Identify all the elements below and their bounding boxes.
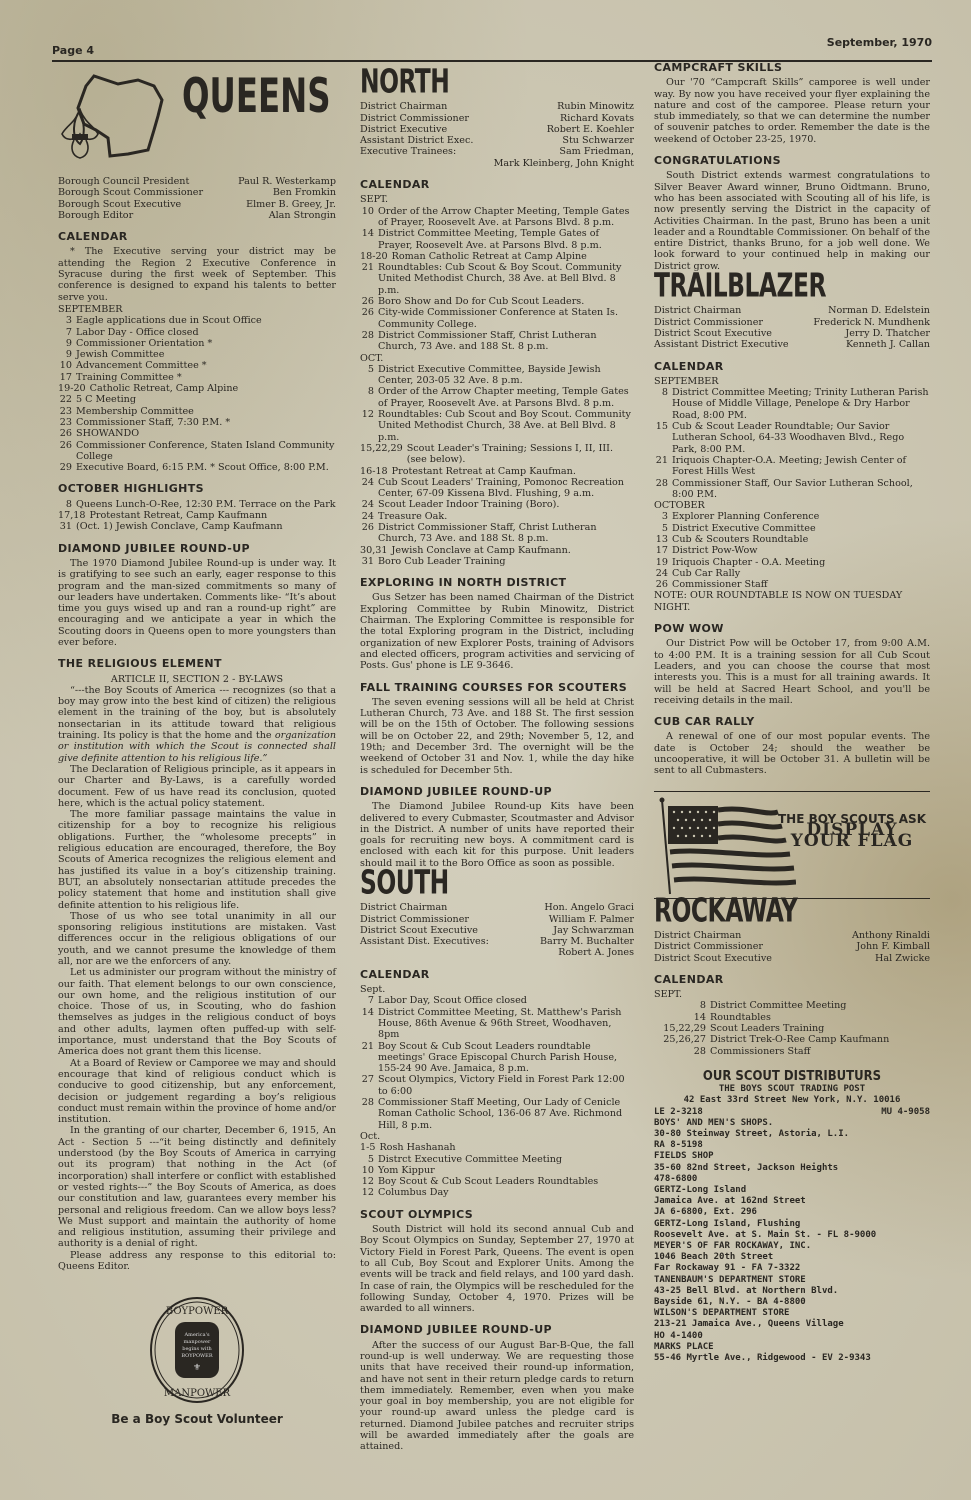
boypower-emblem: BOYPOWER MANPOWER America's manpower beg… [58,1294,336,1409]
calendar-event: 27Scout Olympics, Victory Field in Fores… [360,1074,634,1097]
congratulations-heading: CONGRATULATIONS [654,155,930,166]
calendar-event: 15Cub & Scout Leader Roundtable; Our Sav… [654,421,930,455]
officer-name: Ben Fromkin [273,187,336,198]
event-text: Cub & Scouters Roundtable [672,534,930,545]
page-header: Page 4 September, 1970 [52,42,932,62]
calendar-event: 26City-wide Commissioner Conference at S… [360,307,634,330]
north-sept-events: 10Order of the Arrow Chapter Meeting, Te… [360,206,634,353]
officer-role: District Chairman [654,930,741,941]
calendar-event: 26Boro Show and Do for Cub Scout Leaders… [360,296,634,307]
officer-row: District Scout ExecutiveHal Zwicke [654,953,930,964]
officer-role: District Scout Executive [654,953,772,964]
officer-row: District ChairmanNorman D. Edelstein [654,305,930,316]
officer-name: Kenneth J. Callan [846,339,930,350]
distributor-line: Far Rockaway 91 - FA 7-3322 [654,1263,930,1274]
queens-month-label: SEPTEMBER [58,304,336,315]
officer-row: Assistant District ExecutiveKenneth J. C… [654,339,930,350]
officer-role: Borough Editor [58,210,133,221]
event-text: Scout Leader Indoor Training (Boro). [378,499,634,510]
calendar-event: 28Commissioners Staff [654,1046,930,1057]
event-date: 24 [360,477,374,500]
calendar-event: 17,18Protestant Retreat, Camp Kaufmann [58,510,336,521]
calendar-event: 26SHOWANDO [58,428,336,439]
calendar-event: 16-18Protestant Retreat at Camp Kaufman. [360,466,634,477]
calendar-event: 26District Commissioner Staff, Christ Lu… [360,522,634,545]
distributor-line: RA 8-5198 [654,1140,930,1151]
event-text: Advancement Committee * [76,360,336,371]
officer-role: District Scout Executive [654,328,772,339]
calendar-event: 7Labor Day, Scout Office closed [360,995,634,1006]
rockaway-calendar-heading: CALENDAR [654,974,930,985]
north-oct-events: 5District Executive Committee, Bayside J… [360,364,634,567]
event-text: Cub & Scout Leader Roundtable; Our Savio… [672,421,930,455]
event-date: 26 [360,307,374,330]
event-text: Roundtables: Cub Scout & Boy Scout. Comm… [378,262,634,296]
officer-role: Borough Scout Executive [58,199,181,210]
bylaws-quote: “---the Boy Scouts of America --- recogn… [58,685,336,764]
event-date: 9 [58,338,72,349]
queens-title: QUEENS [182,90,331,105]
calendar-event: 19-20Catholic Retreat, Camp Alpine [58,383,336,394]
october-event-list: 8Queens Lunch-O-Ree, 12:30 P.M. Terrace … [58,499,336,533]
officer-row: District CommissionerFrederick N. Mundhe… [654,317,930,328]
calendar-event: 8Queens Lunch-O-Ree, 12:30 P.M. Terrace … [58,499,336,510]
calendar-event: 3Explorer Planning Conference [654,511,930,522]
distributor-line: 43-25 Bell Blvd. at Northern Blvd. [654,1286,930,1297]
event-text: Treasure Oak. [378,511,634,522]
event-date: 5 [360,364,374,387]
event-text: 5 C Meeting [76,394,336,405]
event-text: Boy Scout & Cub Scout Leaders roundtable… [378,1041,634,1075]
officer-role: District Commissioner [654,941,763,952]
calendar-event: 15,22,29Scout Leader's Training; Session… [360,443,634,466]
editorial-paragraph: Please address any response to this edit… [58,1250,336,1273]
event-date: 3 [654,511,668,522]
american-flag-icon [656,796,796,896]
officer-name: Jay Schwarzman [553,925,634,936]
event-text: District Committee Meeting [710,1000,930,1011]
event-text: District Commissioner Staff, Christ Luth… [378,522,634,545]
officer-name: Robert E. Koehler [547,124,634,135]
event-date: 8 [360,386,374,409]
officer-name: Rubin Minowitz [557,101,634,112]
event-date: 12 [360,409,374,443]
event-text: District Commissioner Staff, Christ Luth… [378,330,634,353]
calendar-event: 7Labor Day - Office closed [58,327,336,338]
calendar-event: 5District Executive Committee [654,523,930,534]
officer-row: Borough EditorAlan Strongin [58,210,336,221]
officer-name: Alan Strongin [269,210,336,221]
trailblazer-note: NOTE: OUR ROUNDTABLE IS NOW ON TUESDAY N… [654,590,930,613]
event-date: 3 [58,315,72,326]
distributor-line: GERTZ-Long Island [654,1185,930,1196]
officer-role: Borough Scout Commissioner [58,187,203,198]
event-date: 15,22,29 [654,1023,706,1034]
event-date: 19 [654,557,668,568]
event-text: Eagle applications due in Scout Office [76,315,336,326]
officer-name: John F. Kimball [856,941,930,952]
event-text: Queens Lunch-O-Ree, 12:30 P.M. Terrace o… [76,499,336,510]
queens-roundup-heading: DIAMOND JUBILEE ROUND-UP [58,543,336,554]
trading-post-phone-left: LE 2-3218 [654,1107,703,1118]
event-text: Distrct Executive Committee Meeting [378,1154,634,1165]
campcraft-heading: CAMPCRAFT SKILLS [654,62,930,73]
calendar-event: 12Boy Scout & Cub Scout Leaders Roundtab… [360,1176,634,1187]
right-column: CAMPCRAFT SKILLS Our '70 “Campcraft Skil… [654,62,930,1364]
calendar-event: 23Membership Committee [58,406,336,417]
event-date: 13 [654,534,668,545]
officer-row: District ChairmanRubin Minowitz [360,101,634,112]
event-text: Protestant Retreat, Camp Kaufmann [89,510,336,521]
event-date: 12 [360,1187,374,1198]
bylaws-subheading: ARTICLE II, SECTION 2 - BY-LAWS [58,674,336,685]
svg-text:America's: America's [183,1332,209,1338]
distributor-line: 213-21 Jamaica Ave., Queens Village [654,1319,930,1330]
calendar-event: 28District Commissioner Staff, Christ Lu… [360,330,634,353]
event-text: Membership Committee [76,406,336,417]
officer-name: Hon. Angelo Graci [544,902,634,913]
event-date: 14 [360,1007,374,1041]
north-title: NORTH [360,76,634,90]
volunteer-slogan: Be a Boy Scout Volunteer [58,1414,336,1425]
event-date: 18-20 [360,251,388,262]
officer-name: Jerry D. Thatcher [845,328,930,339]
october-highlights-heading: OCTOBER HIGHLIGHTS [58,483,336,494]
officer-row: District ChairmanHon. Angelo Graci [360,902,634,913]
event-date: 29 [58,462,72,473]
event-text: Scout Olympics, Victory Field in Forest … [378,1074,634,1097]
event-date: 26 [360,296,374,307]
rockaway-title: ROCKAWAY [654,905,930,919]
south-calendar-heading: CALENDAR [360,969,634,980]
distributor-line: 478-6800 [654,1174,930,1185]
north-calendar-heading: CALENDAR [360,179,634,190]
event-date: 23 [58,406,72,417]
north-oct-label: OCT. [360,353,634,364]
event-date: 26 [654,579,668,590]
officer-name: Hal Zwicke [875,953,930,964]
fall-training-body: The seven evening sessions will all be h… [360,697,634,776]
calendar-event: 26Commissioner Conference, Staten Island… [58,440,336,463]
calendar-event: 24Cub Car Rally [654,568,930,579]
event-date: 26 [58,428,72,439]
south-title: SOUTH [360,877,634,891]
officer-row: Assistant Dist. Executives:Barry M. Buch… [360,936,634,947]
calendar-event: 23Commissioner Staff, 7:30 P.M. * [58,417,336,428]
event-text: Executive Board, 6:15 P.M. * Scout Offic… [76,462,336,473]
event-text: Jewish Committee [76,349,336,360]
south-oct-label: Oct. [360,1131,634,1142]
south-roundup-body: After the success of our August Bar-B-Qu… [360,1340,634,1453]
event-text: Boy Scout & Cub Scout Leaders Roundtable… [378,1176,634,1187]
distributor-line: 55-46 Myrtle Ave., Ridgewood - EV 2-9343 [654,1353,930,1364]
event-date: 24 [360,511,374,522]
queens-masthead: QUEENS [58,68,336,168]
officer-name: Anthony Rinaldi [852,930,930,941]
editorial-paragraph: Let us administer our program without th… [58,967,336,1057]
event-date: 16-18 [360,466,388,477]
calendar-event: 225 C Meeting [58,394,336,405]
rockaway-sept-label: SEPT. [654,989,930,1000]
calendar-event: 28Commissioner Staff, Our Savior Luthera… [654,478,930,501]
event-date: 10 [58,360,72,371]
officer-role: Executive Trainees: [360,146,456,157]
calendar-event: 31(Oct. 1) Jewish Conclave, Camp Kaufman… [58,521,336,532]
event-date: 24 [360,499,374,510]
event-text: District Committee Meeting, Temple Gates… [378,228,634,251]
editorial-body: The Declaration of Religious principle, … [58,764,336,1272]
distributor-line: 30-80 Steinway Street, Astoria, L.I. [654,1129,930,1140]
event-date: 21 [654,455,668,478]
officer-row: District Scout ExecutiveJerry D. Thatche… [654,328,930,339]
officer-role: District Commissioner [360,113,469,124]
south-roundup-heading: DIAMOND JUBILEE ROUND-UP [360,1324,634,1335]
event-text: Scout Leader's Training; Sessions I, II,… [407,443,634,466]
south-officers: District ChairmanHon. Angelo GraciDistri… [360,902,634,958]
cub-car-rally-heading: CUB CAR RALLY [654,716,930,727]
svg-text:MANPOWER: MANPOWER [164,1388,231,1399]
calendar-event: 9Commissioner Orientation * [58,338,336,349]
display-flag-ad: THE BOY SCOUTS ASK DISPLAY YOUR FLAG [654,791,930,899]
event-text: Labor Day, Scout Office closed [378,995,634,1006]
flag-ad-line3: YOUR FLAG [778,836,926,847]
event-date: 14 [360,228,374,251]
north-roundup-body: The Diamond Jubilee Round-up Kits have b… [360,801,634,869]
officer-name: Stu Schwarzer [562,135,634,146]
event-date: 28 [654,478,668,501]
distributor-line: WILSON'S DEPARTMENT STORE [654,1308,930,1319]
officer-role: Assistant District Executive [654,339,789,350]
event-date: 5 [654,523,668,534]
event-text: Boro Cub Leader Training [378,556,634,567]
distributors-heading: OUR SCOUT DISTRIBUTURS [654,1071,930,1082]
svg-text:⚜: ⚜ [193,1363,201,1373]
event-text: Commissioner Staff, Our Savior Lutheran … [672,478,930,501]
queens-calendar-heading: CALENDAR [58,231,336,242]
editorial-paragraph: Those of us who see total unanimity in a… [58,911,336,967]
congratulations-body: South District extends warmest congratul… [654,170,930,272]
event-text: Iriquois Chapter - O.A. Meeting [672,557,930,568]
event-text: Cub Car Rally [672,568,930,579]
event-date: 26 [360,522,374,545]
event-date: 21 [360,1041,374,1075]
event-text: Labor Day - Office closed [76,327,336,338]
trailblazer-oct-label: OCTOBER [654,500,930,511]
calendar-event: 21Boy Scout & Cub Scout Leaders roundtab… [360,1041,634,1075]
event-text: (Oct. 1) Jewish Conclave, Camp Kaufmann [76,521,336,532]
officer-name: William F. Palmer [549,914,634,925]
queens-event-list: 3Eagle applications due in Scout Office7… [58,315,336,473]
calendar-event: 8Order of the Arrow Chapter meeting, Tem… [360,386,634,409]
event-date: 19-20 [58,383,86,394]
calendar-event: 14District Committee Meeting, Temple Gat… [360,228,634,251]
officer-row: District ExecutiveRobert E. Koehler [360,124,634,135]
trailblazer-sept-events: 8District Committee Meeting; Trinity Lut… [654,387,930,500]
north-south-column: NORTH District ChairmanRubin MinowitzDis… [360,68,634,1453]
event-date: 14 [654,1012,706,1023]
officer-role: District Chairman [654,305,741,316]
officer-row: Borough Council PresidentPaul R. Westerk… [58,176,336,187]
distributor-line: Roosevelt Ave. at S. Main St. - FL 8-900… [654,1230,930,1241]
event-text: Rosh Hashanah [379,1142,634,1153]
officer-name: Norman D. Edelstein [828,305,930,316]
event-date: 31 [360,556,374,567]
event-text: Jewish Conclave at Camp Kaufmann. [391,545,634,556]
officer-name: Frederick N. Mundhenk [813,317,930,328]
calendar-event: 10Advancement Committee * [58,360,336,371]
issue-date: September, 1970 [827,36,932,49]
calendar-event: 29Executive Board, 6:15 P.M. * Scout Off… [58,462,336,473]
calendar-event: 25,26,27District Trek-O-Ree Camp Kaufman… [654,1034,930,1045]
officer-extra: Mark Kleinberg, John Knight [360,158,634,169]
event-text: Commissioner Staff Meeting, Our Lady of … [378,1097,634,1131]
event-text: District Committee Meeting, St. Matthew'… [378,1007,634,1041]
event-date: 10 [360,206,374,229]
event-date: 21 [360,262,374,296]
page-number: Page 4 [52,44,94,57]
distributor-line: GERTZ-Long Island, Flushing [654,1219,930,1230]
calendar-event: 17District Pow-Wow [654,545,930,556]
event-date: 10 [360,1165,374,1176]
scout-olympics-body: South District will hold its second annu… [360,1224,634,1314]
trading-post-phone-right: MU 4-9058 [881,1107,930,1118]
calendar-event: 1-5Rosh Hashanah [360,1142,634,1153]
svg-text:BOYPOWER: BOYPOWER [181,1353,212,1359]
cub-car-rally-body: A renewal of one of our most popular eve… [654,731,930,776]
event-date: 17 [654,545,668,556]
calendar-event: 5Distrct Executive Committee Meeting [360,1154,634,1165]
event-text: Boro Show and Do for Cub Scout Leaders. [378,296,634,307]
officer-name: Elmer B. Greey, Jr. [246,199,336,210]
event-date: 27 [360,1074,374,1097]
event-date: 28 [360,1097,374,1131]
trading-post-phones: LE 2-3218 MU 4-9058 [654,1107,930,1118]
north-roundup-heading: DIAMOND JUBILEE ROUND-UP [360,786,634,797]
event-text: Explorer Planning Conference [672,511,930,522]
officer-name: Paul R. Westerkamp [238,176,336,187]
editorial-paragraph: The more familiar passage maintains the … [58,809,336,911]
south-sept-label: Sept. [360,984,634,995]
event-date: 7 [360,995,374,1006]
officer-row: District CommissionerJohn F. Kimball [654,941,930,952]
exploring-body: Gus Setzer has been named Chairman of th… [360,592,634,671]
event-date: 30,31 [360,545,387,556]
distributor-line: JA 6-6800, Ext. 296 [654,1207,930,1218]
trailblazer-officers: District ChairmanNorman D. EdelsteinDist… [654,305,930,350]
distributor-line: HO 4-1400 [654,1331,930,1342]
svg-text:BOYPOWER: BOYPOWER [166,1306,229,1317]
event-text: Protestant Retreat at Camp Kaufman. [392,466,634,477]
distributor-line: MARKS PLACE [654,1342,930,1353]
pow-wow-body: Our District Pow will be October 17, fro… [654,638,930,706]
event-text: Training Committee * [76,372,336,383]
officer-row: Borough Scout ExecutiveElmer B. Greey, J… [58,199,336,210]
event-date: 12 [360,1176,374,1187]
trading-post-address: 42 East 33rd Street New York, N.Y. 10016 [654,1095,930,1106]
rockaway-officers: District ChairmanAnthony RinaldiDistrict… [654,930,930,964]
boypower-manpower-emblem-icon: BOYPOWER MANPOWER America's manpower beg… [147,1294,247,1406]
queens-officers: Borough Council PresidentPaul R. Westerk… [58,176,336,221]
north-officers: District ChairmanRubin MinowitzDistrict … [360,101,634,169]
event-date: 31 [58,521,72,532]
event-date: 8 [58,499,72,510]
event-text: Commissioner Staff, 7:30 P.M. * [76,417,336,428]
calendar-event: 10Order of the Arrow Chapter Meeting, Te… [360,206,634,229]
calendar-event: 24Treasure Oak. [360,511,634,522]
event-text: Order of the Arrow Chapter Meeting, Temp… [378,206,634,229]
event-text: Commissioner Staff [672,579,930,590]
event-date: 24 [654,568,668,579]
editorial-paragraph: The Declaration of Religious principle, … [58,764,336,809]
distributor-line: MEYER'S OF FAR ROCKAWAY, INC. [654,1241,930,1252]
trailblazer-oct-events: 3Explorer Planning Conference5District E… [654,511,930,590]
event-date: 26 [58,440,72,463]
north-sept-label: SEPT. [360,194,634,205]
calendar-event: 10Yom Kippur [360,1165,634,1176]
svg-text:manpower: manpower [184,1339,211,1345]
flag-ad-text: THE BOY SCOUTS ASK DISPLAY YOUR FLAG [778,814,926,848]
officer-role: Borough Council President [58,176,189,187]
event-date: 15 [654,421,668,455]
officer-role: District Scout Executive [360,925,478,936]
event-text: SHOWANDO [76,428,336,439]
officer-row: District Scout ExecutiveJay Schwarzman [360,925,634,936]
svg-text:begins with: begins with [182,1346,212,1352]
event-date: 1-5 [360,1142,375,1153]
event-date: 8 [654,387,668,421]
officer-row: District ChairmanAnthony Rinaldi [654,930,930,941]
event-text: Yom Kippur [378,1165,634,1176]
officer-name: Barry M. Buchalter [540,936,634,947]
officer-role: District Chairman [360,101,447,112]
queens-calendar-intro: * The Executive serving your district ma… [58,246,336,302]
editorial-paragraph: In the granting of our charter, December… [58,1125,336,1249]
officer-role: District Chairman [360,902,447,913]
calendar-event: 14District Committee Meeting, St. Matthe… [360,1007,634,1041]
event-text: Catholic Retreat, Camp Alpine [90,383,336,394]
event-date: 7 [58,327,72,338]
event-text: District Trek-O-Ree Camp Kaufmann [710,1034,930,1045]
trailblazer-calendar-heading: CALENDAR [654,361,930,372]
distributor-entries: BOYS' AND MEN'S SHOPS.30-80 Steinway Str… [654,1118,930,1364]
officer-role: District Commissioner [360,914,469,925]
queens-roundup-body: The 1970 Diamond Jubilee Round-up is und… [58,558,336,648]
calendar-event: 15,22,29Scout Leaders Training [654,1023,930,1034]
distributor-line: BOYS' AND MEN'S SHOPS. [654,1118,930,1129]
calendar-event: 28Commissioner Staff Meeting, Our Lady o… [360,1097,634,1131]
calendar-event: 19Iriquois Chapter - O.A. Meeting [654,557,930,568]
officer-row: Assistant District Exec.Stu Schwarzer [360,135,634,146]
event-date: 28 [654,1046,706,1057]
calendar-event: 24Cub Scout Leaders' Training, Pomonoc R… [360,477,634,500]
south-sept-events: 7Labor Day, Scout Office closed14Distric… [360,995,634,1131]
officer-extra: Robert A. Jones [360,947,634,958]
trading-post-name: THE BOYS SCOUT TRADING POST [654,1084,930,1095]
queens-map-fleur-de-lis-icon [58,68,178,168]
calendar-event: 12Roundtables: Cub Scout and Boy Scout. … [360,409,634,443]
event-text: Roman Catholic Retreat at Camp Alpine [392,251,634,262]
calendar-event: 31Boro Cub Leader Training [360,556,634,567]
south-oct-events: 1-5Rosh Hashanah5Distrct Executive Commi… [360,1142,634,1198]
event-date: 9 [58,349,72,360]
officer-name: Richard Kovats [560,113,634,124]
event-text: Cub Scout Leaders' Training, Pomonoc Rec… [378,477,634,500]
calendar-event: 8District Committee Meeting [654,1000,930,1011]
distributor-line: TANENBAUM'S DEPARTMENT STORE [654,1275,930,1286]
pow-wow-heading: POW WOW [654,623,930,634]
event-text: Commissioners Staff [710,1046,930,1057]
distributors-list: THE BOYS SCOUT TRADING POST 42 East 33rd… [654,1084,930,1364]
